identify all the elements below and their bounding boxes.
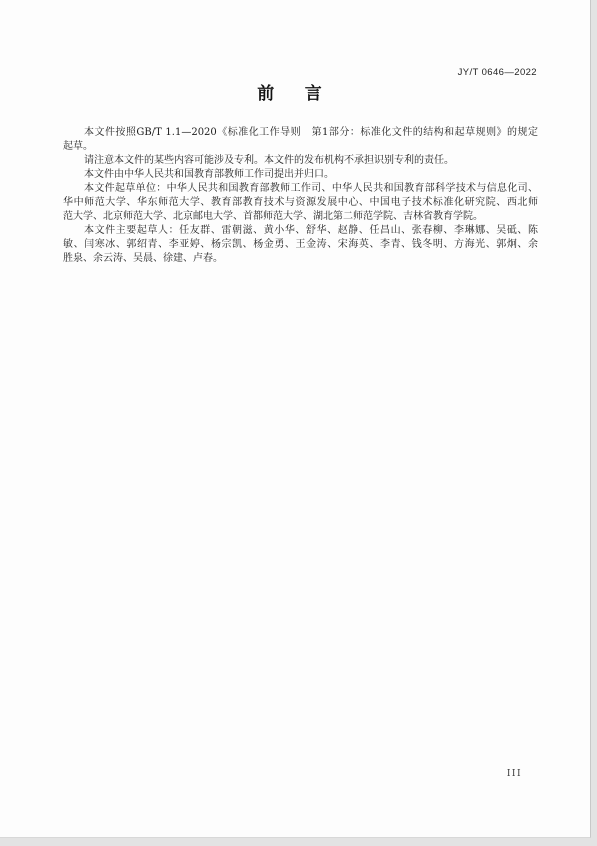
foreword-line: 本文件由中华人民共和国教育部教师工作司提出并归口。 <box>63 168 538 182</box>
page-title-text: 前言 <box>257 84 352 104</box>
doc-number: JY/T 0646—2022 <box>458 67 537 78</box>
page-title: 前言 <box>63 85 538 105</box>
foreword-line: 本文件主要起草人：任友群、雷朝滋、黄小华、舒华、赵静、任昌山、张春柳、李琳娜、吴… <box>63 224 538 238</box>
foreword-line: 敏、闫寒冰、郭绍青、李亚婷、杨宗凯、杨金勇、王金涛、宋海英、李青、钱冬明、方海光… <box>63 238 538 252</box>
foreword-line: 请注意本文件的某些内容可能涉及专利。本文件的发布机构不承担识别专利的责任。 <box>63 154 538 168</box>
foreword-line: 起草。 <box>63 140 538 154</box>
foreword-line: 本文件起草单位：中华人民共和国教育部教师工作司、中华人民共和国教育部科学技术与信… <box>63 182 538 196</box>
page-number: III <box>507 769 522 779</box>
document-page: JY/T 0646—2022 前言 本文件按照GB/T 1.1—2020《标准化… <box>0 0 591 838</box>
scan-backdrop: JY/T 0646—2022 前言 本文件按照GB/T 1.1—2020《标准化… <box>0 0 597 846</box>
foreword-line: 本文件按照GB/T 1.1—2020《标准化工作导则 第1部分：标准化文件的结构… <box>63 126 538 140</box>
foreword-line: 范大学、北京师范大学、北京邮电大学、首都师范大学、湖北第二师范学院、吉林省教育学… <box>63 210 538 224</box>
foreword-line: 华中师范大学、华东师范大学、教育部教育技术与资源发展中心、中国电子技术标准化研究… <box>63 196 538 210</box>
foreword-line: 胜泉、余云涛、吴晨、徐建、卢春。 <box>63 252 538 266</box>
foreword-body: 本文件按照GB/T 1.1—2020《标准化工作导则 第1部分：标准化文件的结构… <box>63 126 538 266</box>
